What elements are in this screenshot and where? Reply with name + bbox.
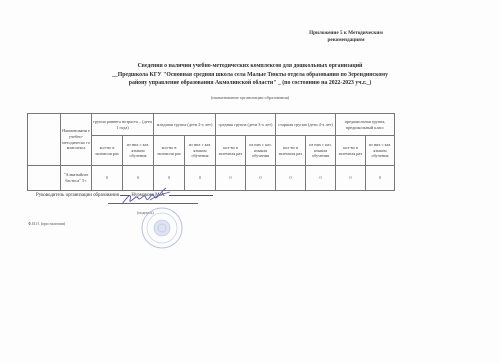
group-header-preschool: предшкольная группа, предшкольный класс: [336, 114, 395, 136]
signature-line: [108, 203, 198, 204]
index-header-cell: [28, 114, 61, 166]
value-cell: 0: [185, 166, 216, 191]
signature-icon: [120, 186, 180, 208]
title-caption: (наименование организации образования): [150, 95, 350, 100]
value-cell: 0: [216, 166, 246, 191]
appendix-line-2: рекомендациям: [283, 37, 409, 44]
table-row: "Алматыйпат бастиса" 5+ 0 0 0 0 0 0 0 0 …: [28, 166, 395, 191]
fio-caption: Ф.И.О. (при наличии): [28, 221, 65, 226]
appendix-line-1: Приложение 5 к Методическим: [283, 30, 409, 37]
subheader-lang: из них с каз. языком обучения: [246, 136, 276, 166]
umk-name-cell: "Алматыйпат бастиса" 5+: [61, 166, 92, 191]
subheader-lang: из них с каз. языком обучения: [306, 136, 336, 166]
value-cell: 0: [276, 166, 306, 191]
subheader-count: кол-во в экземпля рах: [276, 136, 306, 166]
value-cell: 0: [92, 166, 123, 191]
header-row-groups: Наименовани е учебно-методическо го комп…: [28, 114, 395, 136]
title-line-1: Сведения о наличии учебно-методических к…: [14, 62, 486, 71]
value-cell: 0: [366, 166, 395, 191]
document-page: Приложение 5 к Методическим рекомендация…: [0, 0, 500, 363]
row-index-cell: [28, 166, 61, 191]
title-line-2: __Предшкола КГУ "Основная средняя школа …: [14, 71, 486, 80]
value-cell: 0: [336, 166, 366, 191]
subheader-count: кол-во в экземпля рах: [336, 136, 366, 166]
umk-table: Наименовани е учебно-методическо го комп…: [27, 113, 395, 191]
group-header-early: группа раннего возраста – (дети 1 года): [92, 114, 154, 136]
appendix-note: Приложение 5 к Методическим рекомендация…: [283, 30, 409, 44]
subheader-lang: из них с каз. языком обучения: [123, 136, 154, 166]
subheader-lang: из них с каз. языком обучения: [185, 136, 216, 166]
value-cell: 0: [246, 166, 276, 191]
subheader-lang: из них с каз. языком обучения: [366, 136, 395, 166]
subheader-count: кол-во в экземпля рах: [216, 136, 246, 166]
official-stamp-icon: [140, 206, 184, 250]
name-header-cell: Наименовани е учебно-методическо го комп…: [61, 114, 92, 166]
group-header-senior: старшая группа (дети 4-х лет): [276, 114, 336, 136]
title-line-3: району управление образования Акмолинско…: [14, 79, 486, 88]
document-title: Сведения о наличии учебно-методических к…: [14, 62, 486, 88]
group-header-middle: средняя группа (дети 3-х лет): [216, 114, 276, 136]
group-header-junior: младшая группа (дети 2-х лет): [154, 114, 216, 136]
value-cell: 0: [306, 166, 336, 191]
subheader-count: кол-во в экземпля рах: [154, 136, 185, 166]
head-label: Руководитель организации образования: [36, 193, 119, 198]
subheader-count: кол-во в экземпля рах: [92, 136, 123, 166]
